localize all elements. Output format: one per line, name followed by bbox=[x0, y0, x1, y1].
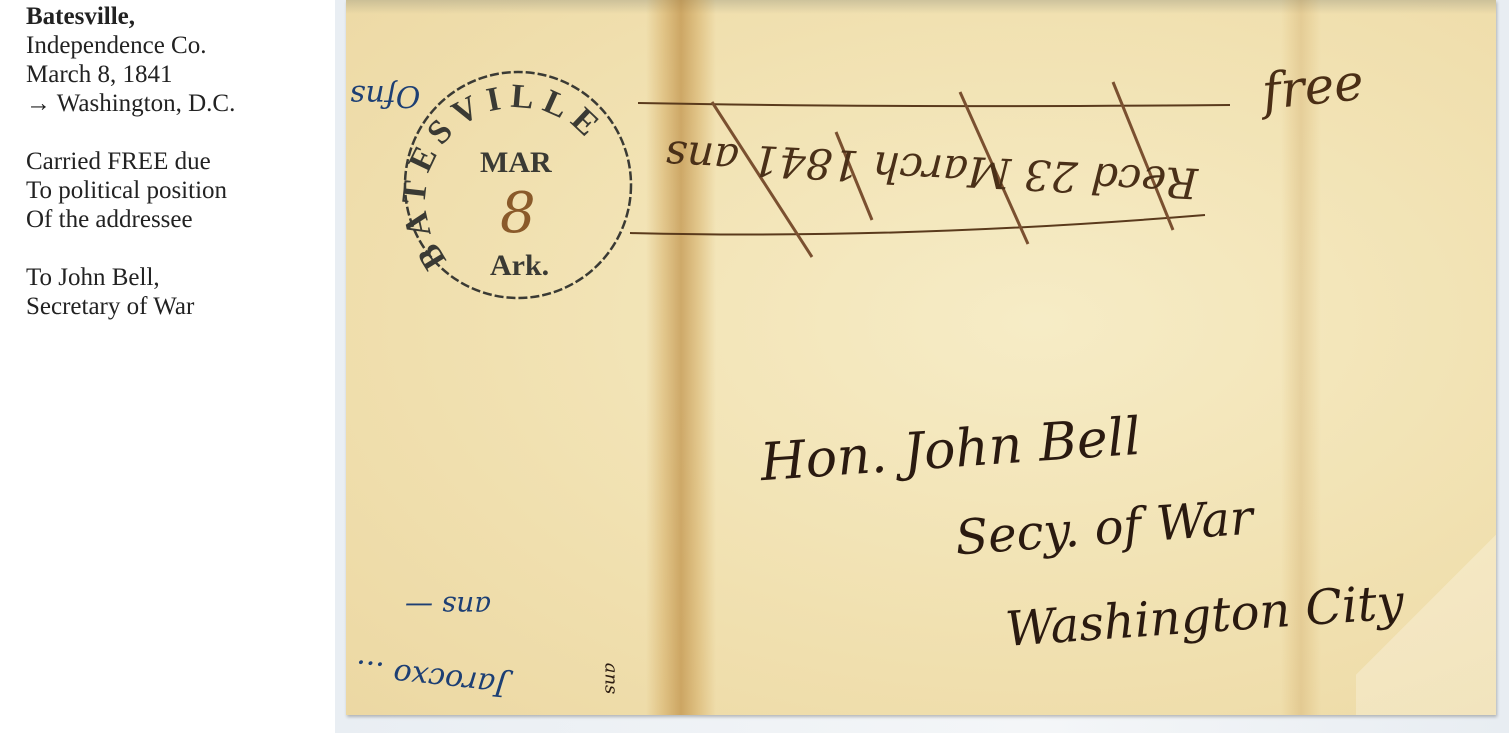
caption-county: Independence Co. bbox=[26, 31, 336, 60]
envelope-top-edge bbox=[346, 0, 1496, 14]
blue-ink-note: Ofns bbox=[350, 78, 420, 113]
caption-destination: → Washington, D.C. bbox=[26, 89, 336, 118]
caption-date: March 8, 1841 bbox=[26, 60, 336, 89]
caption-note-line: Of the addressee bbox=[26, 205, 336, 234]
caption-addressee-line: To John Bell, bbox=[26, 263, 336, 292]
caption-note-line: To political position bbox=[26, 176, 336, 205]
caption-addressee-line: Secretary of War bbox=[26, 292, 336, 321]
caption-panel: Batesville, Independence Co. March 8, 18… bbox=[26, 2, 336, 321]
caption-spacer bbox=[26, 118, 336, 147]
small-ink-note: ans bbox=[600, 663, 621, 695]
free-marking: free bbox=[1259, 53, 1366, 121]
caption-spacer bbox=[26, 234, 336, 263]
blue-ink-note: ans — bbox=[405, 590, 491, 623]
fold-stain bbox=[646, 0, 716, 715]
caption-town: Batesville, bbox=[26, 2, 336, 31]
caption-note-line: Carried FREE due bbox=[26, 147, 336, 176]
